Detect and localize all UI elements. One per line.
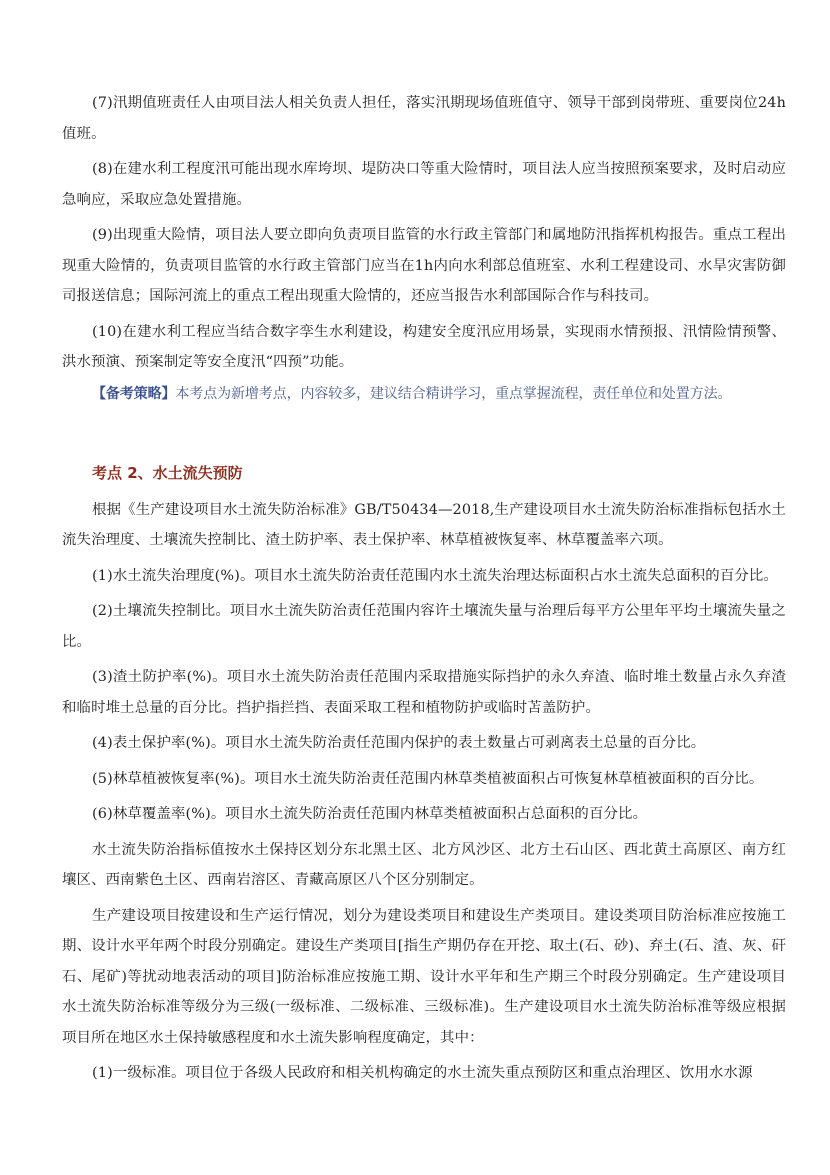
- paragraph-item-7: (7)汛期值班责任人由项目法人相关负责人担任，落实汛期现场值班值守、领导干部到岗…: [62, 88, 786, 149]
- section-heading-soil-erosion: 考点 2、水土流失预防: [92, 461, 786, 485]
- paragraph-indicator-1: (1)水土流失治理度(%)。项目水土流失防治责任范围内水土流失治理达标面积占水土…: [62, 561, 786, 592]
- document-page: (7)汛期值班责任人由项目法人相关负责人担任，落实汛期现场值班值守、领导干部到岗…: [62, 88, 786, 1094]
- section-soil-erosion-body: 根据《生产建设项目水土流失防治标准》GB/T50434—2018,生产建设项目水…: [62, 495, 786, 1089]
- paragraph-indicator-2: (2)土壤流失控制比。项目水土流失防治责任范围内容许土壤流失量与治理后每平方公里…: [62, 596, 786, 657]
- paragraph-item-9: (9)出现重大险情，项目法人要立即向负责项目监管的水行政主管部门和属地防汛指挥机…: [62, 220, 786, 312]
- study-strategy-text: 本考点为新增考点，内容较多，建议结合精讲学习，重点掌握流程，责任单位和处置方法。: [175, 386, 731, 402]
- section-flood-control-items: (7)汛期值班责任人由项目法人相关负责人担任，落实汛期现场值班值守、领导干部到岗…: [62, 88, 786, 407]
- paragraph-grade-1: (1)一级标准。项目位于各级人民政府和相关机构确定的水土流失重点预防区和重点治理…: [62, 1058, 786, 1089]
- study-strategy-label: 【备考策略】: [92, 386, 175, 402]
- paragraph-indicator-4: (4)表土保护率(%)。项目水土流失防治责任范围内保护的表土数量占可剥离表土总量…: [62, 728, 786, 759]
- paragraph-item-8: (8)在建水利工程度汛可能出现水库垮坝、堤防决口等重大险情时，项目法人应当按照预…: [62, 154, 786, 215]
- paragraph-indicator-5: (5)林草植被恢复率(%)。项目水土流失防治责任范围内林草类植被面积占可恢复林草…: [62, 764, 786, 795]
- paragraph-indicator-6: (6)林草覆盖率(%)。项目水土流失防治责任范围内林草类植被面积占总面积的百分比…: [62, 799, 786, 830]
- study-strategy-note: 【备考策略】本考点为新增考点，内容较多，建议结合精讲学习，重点掌握流程，责任单位…: [62, 381, 786, 407]
- paragraph-indicator-3: (3)渣土防护率(%)。项目水土流失防治责任范围内采取措施实际挡护的永久弃渣、临…: [62, 662, 786, 723]
- paragraph-intro: 根据《生产建设项目水土流失防治标准》GB/T50434—2018,生产建设项目水…: [62, 495, 786, 556]
- paragraph-regions: 水土流失防治指标值按水土保持区划分东北黑土区、北方风沙区、北方土石山区、西北黄土…: [62, 835, 786, 896]
- paragraph-project-classes: 生产建设项目按建设和生产运行情况，划分为建设类项目和建设生产类项目。建设类项目防…: [62, 901, 786, 1054]
- paragraph-item-10: (10)在建水利工程应当结合数字孪生水利建设，构建安全度汛应用场景，实现雨水情预…: [62, 317, 786, 378]
